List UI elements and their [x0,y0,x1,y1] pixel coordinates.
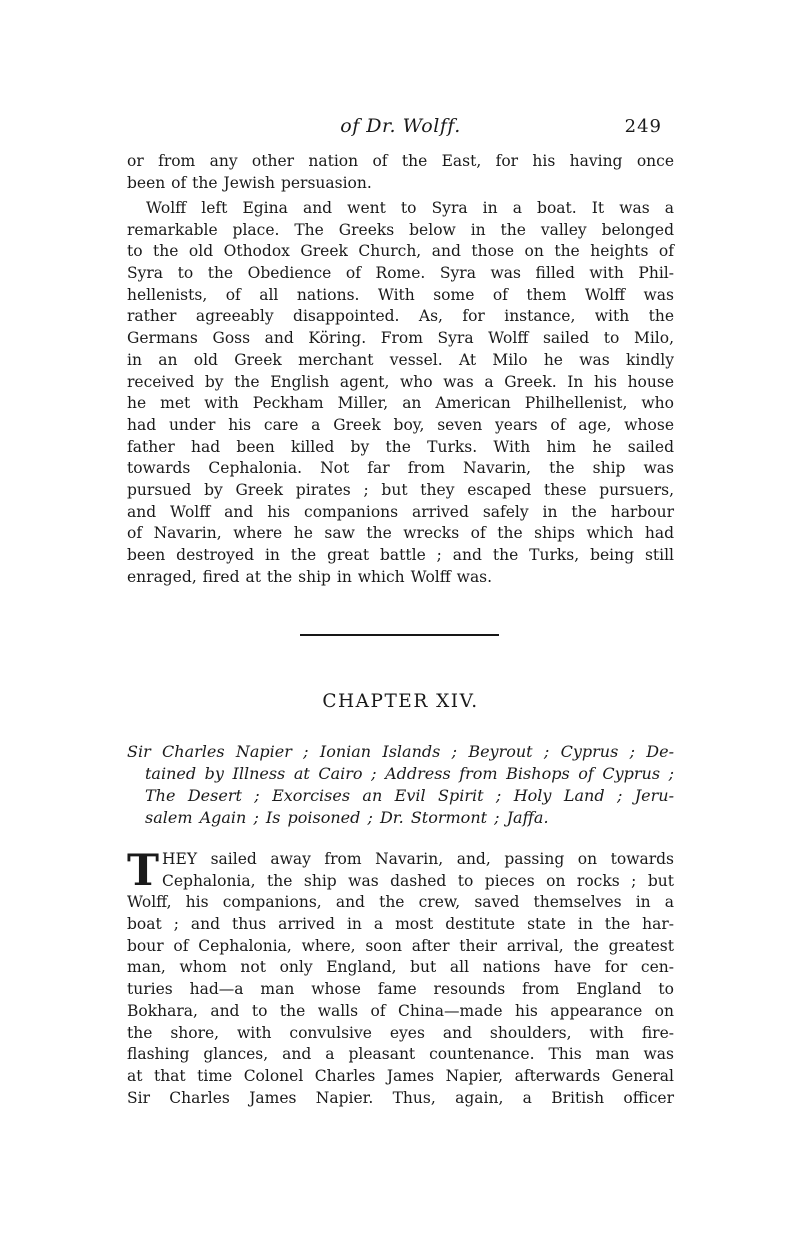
text-line: or from any other nation of the East, fo… [127,151,674,173]
text-line: The Desert ; Exorcises an Evil Spirit ; … [127,785,674,807]
text-line: father had been killed by the Turks. Wit… [127,437,674,459]
text-line: and Wolff and his companions arrived saf… [127,502,674,524]
text-line: Sir Charles Napier ; Ionian Islands ; Be… [127,741,674,763]
text-line: Syra to the Obedience of Rome. Syra was … [127,263,674,285]
drop-cap: T [127,850,159,893]
text-line: of Navarin, where he saw the wrecks of t… [127,523,674,545]
text-line: Bokhara, and to the walls of China—made … [127,1001,674,1023]
text-line: been of the Jewish persuasion. [127,173,674,195]
chapter-opening-lines: HEY sailed away from Navarin, and, passi… [127,849,674,1109]
text-line: man, whom not only England, but all nati… [127,957,674,979]
text-line: boat ; and thus arrived in a most destit… [127,914,674,936]
text-line: remarkable place. The Greeks below in th… [127,220,674,242]
page-number: 249 [625,116,662,137]
text-line: Cephalonia, the ship was dashed to piece… [127,871,674,893]
chapter-summary: Sir Charles Napier ; Ionian Islands ; Be… [127,741,674,829]
text-line: the shore, with convulsive eyes and shou… [127,1023,674,1045]
page-header: of Dr. Wolff. 249 [127,115,674,141]
text-line: had under his care a Greek boy, seven ye… [127,415,674,437]
paragraph-wolff-syra: Wolff left Egina and went to Syra in a b… [127,198,674,588]
text-line: in an old Greek merchant vessel. At Milo… [127,350,674,372]
text-line: to the old Othodox Greek Church, and tho… [127,241,674,263]
section-divider [300,634,499,636]
text-line: been destroyed in the great battle ; and… [127,545,674,567]
text-line: tained by Illness at Cairo ; Address fro… [127,763,674,785]
text-line: Wolff left Egina and went to Syra in a b… [127,198,674,220]
text-line: received by the English agent, who was a… [127,372,674,394]
text-line: Wolff, his companions, and the crew, sav… [127,892,674,914]
text-line: salem Again ; Is poisoned ; Dr. Stormont… [127,807,674,829]
running-title: of Dr. Wolff. [127,115,674,137]
text-line: bour of Cephalonia, where, soon after th… [127,936,674,958]
text-line: rather agreeably disappointed. As, for i… [127,306,674,328]
text-line: towards Cephalonia. Not far from Navarin… [127,458,674,480]
text-line: hellenists, of all nations. With some of… [127,285,674,307]
text-line: at that time Colonel Charles James Napie… [127,1066,674,1088]
chapter-opening-paragraph: T HEY sailed away from Navarin, and, pas… [127,849,674,1109]
text-line: pursued by Greek pirates ; but they esca… [127,480,674,502]
text-line: he met with Peckham Miller, an American … [127,393,674,415]
chapter-heading: CHAPTER XIV. [127,691,674,712]
text-line: flashing glances, and a pleasant counten… [127,1044,674,1066]
text-line: Germans Goss and Köring. From Syra Wolff… [127,328,674,350]
text-line: Sir Charles James Napier. Thus, again, a… [127,1088,674,1110]
text-line: turies had—a man whose fame resounds fro… [127,979,674,1001]
text-line: enraged, fired at the ship in which Wolf… [127,567,674,589]
paragraph-continuation: or from any other nation of the East, fo… [127,151,674,194]
book-page: of Dr. Wolff. 249 or from any other nati… [0,0,800,1237]
text-line: HEY sailed away from Navarin, and, passi… [127,849,674,871]
